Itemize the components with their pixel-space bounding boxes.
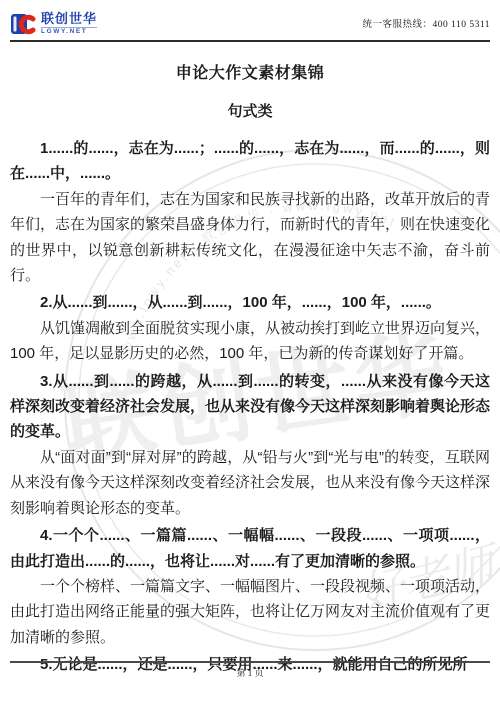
document-page: 联创世华 www.lgwy.net · 联创世华 · www.lgwy.net … [0,0,500,704]
page-header: 联创世华 LGWY.NET 统一客服热线：400 110 5311 [10,8,490,42]
logo-company-name: 联创世华 [41,12,97,25]
service-hotline: 统一客服热线：400 110 5311 [362,16,490,32]
paragraph-template-3: 3.从......到......的跨越，从......到......的转变，..… [10,369,490,445]
company-logo: 联创世华 LGWY.NET [10,11,97,38]
logo-website: LGWY.NET [41,27,97,36]
document-title: 申论大作文素材集锦 [10,60,490,83]
paragraph-example-2: 从饥馑凋敝到全面脱贫实现小康，从被动挨打到屹立世界迈向复兴，100 年，足以显影… [10,316,490,367]
paragraph-template-4: 4.一个个......、一篇篇......、一幅幅......、一段段.....… [10,523,490,574]
section-title: 句式类 [10,100,490,121]
paragraph-list: 1......的......，志在为......；......的......，志… [10,136,490,678]
document-body: 申论大作文素材集锦 句式类 1......的......，志在为......；.… [10,44,490,678]
logo-text: 联创世华 LGWY.NET [41,12,97,36]
page-footer: 第 1 页 [10,661,490,681]
paragraph-example-3: 从“面对面”到“屏对屏”的跨越，从“铅与火”到“光与电”的转变，互联网从来没有像… [10,445,490,521]
page-number: 第 1 页 [236,666,263,679]
logo-icon [10,11,37,38]
paragraph-template-1: 1......的......，志在为......；......的......，志… [10,136,490,187]
paragraph-template-2: 2.从......到......，从......到......，100 年，..… [10,290,490,315]
paragraph-example-4: 一个个榜样、一篇篇文字、一幅幅图片、一段段视频、一项项活动，由此打造出网络正能量… [10,574,490,650]
paragraph-example-1: 一百年的青年们，志在为国家和民族寻找新的出路，改革开放后的青年们，志在为国家的繁… [10,187,490,289]
